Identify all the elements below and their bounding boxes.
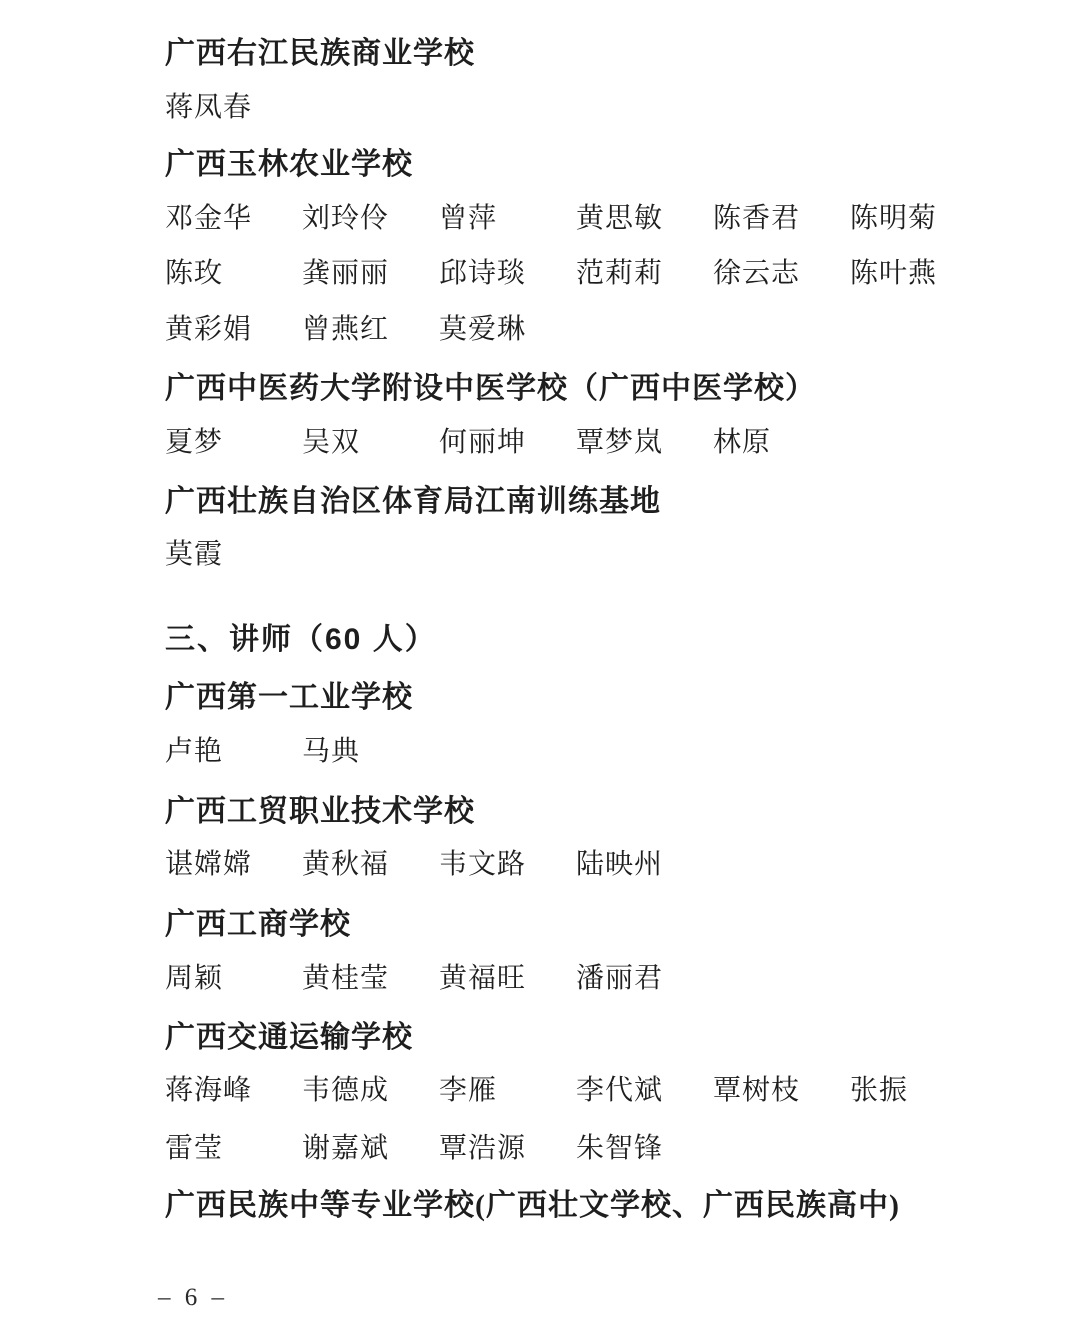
names-row: 夏梦 吴双 何丽坤 覃梦岚 林原 [165,420,843,460]
person-name: 马典 [302,729,432,769]
person-name: 曾萍 [439,196,569,236]
person-name: 曾燕红 [302,307,432,347]
person-name: 韦文路 [439,842,569,882]
person-name: 蒋海峰 [165,1068,295,1108]
person-name: 徐云志 [713,251,843,291]
school-heading: 广西右江民族商业学校 [165,28,475,72]
person-name: 夏梦 [165,420,295,460]
person-name: 黄秋福 [302,842,432,882]
person-name: 陆映州 [576,842,706,882]
person-name: 范莉莉 [576,251,706,291]
school-heading: 广西中医药大学附设中医学校（广西中医学校） [165,363,816,407]
person-name: 蒋凤春 [165,85,295,125]
person-name: 朱智锋 [576,1126,706,1166]
person-name: 李代斌 [576,1068,706,1108]
person-name: 黄思敏 [576,196,706,236]
document-page: 广西右江民族商业学校 蒋凤春 广西玉林农业学校 邓金华 刘玲伶 曾萍 黄思敏 陈… [0,0,1080,1334]
section-heading: 三、讲师（60 人） [165,614,437,658]
names-row: 邓金华 刘玲伶 曾萍 黄思敏 陈香君 陈明菊 [165,196,980,236]
person-name: 谌嫦嫦 [165,842,295,882]
person-name: 潘丽君 [576,956,706,996]
person-name: 莫霞 [165,532,295,572]
person-name: 吴双 [302,420,432,460]
names-row: 黄彩娟 曾燕红 莫爱琳 [165,307,569,347]
names-row: 蒋凤春 [165,85,295,125]
names-row: 陈玫 龚丽丽 邱诗琰 范莉莉 徐云志 陈叶燕 [165,251,980,291]
person-name: 陈叶燕 [850,251,980,291]
school-heading: 广西第一工业学校 [165,672,413,716]
person-name: 林原 [713,420,843,460]
school-heading: 广西民族中等专业学校(广西壮文学校、广西民族高中) [165,1180,900,1224]
person-name: 卢艳 [165,729,295,769]
person-name: 李雁 [439,1068,569,1108]
person-name: 覃梦岚 [576,420,706,460]
person-name: 张振 [850,1068,980,1108]
person-name: 陈玫 [165,251,295,291]
person-name: 陈明菊 [850,196,980,236]
person-name: 莫爱琳 [439,307,569,347]
school-heading: 广西壮族自治区体育局江南训练基地 [165,476,661,520]
person-name: 黄彩娟 [165,307,295,347]
names-row: 卢艳 马典 [165,729,432,769]
school-heading: 广西玉林农业学校 [165,139,413,183]
page-number: – 6 – [158,1284,228,1312]
names-row: 周颖 黄桂莹 黄福旺 潘丽君 [165,956,706,996]
person-name: 谢嘉斌 [302,1126,432,1166]
person-name: 陈香君 [713,196,843,236]
person-name: 黄桂莹 [302,956,432,996]
person-name: 龚丽丽 [302,251,432,291]
person-name: 邱诗琰 [439,251,569,291]
person-name: 何丽坤 [439,420,569,460]
school-heading: 广西工贸职业技术学校 [165,786,475,830]
names-row: 蒋海峰 韦德成 李雁 李代斌 覃树枝 张振 [165,1068,980,1108]
person-name: 覃浩源 [439,1126,569,1166]
person-name: 韦德成 [302,1068,432,1108]
person-name: 雷莹 [165,1126,295,1166]
person-name: 黄福旺 [439,956,569,996]
person-name: 覃树枝 [713,1068,843,1108]
person-name: 刘玲伶 [302,196,432,236]
names-row: 莫霞 [165,532,295,572]
person-name: 周颖 [165,956,295,996]
names-row: 谌嫦嫦 黄秋福 韦文路 陆映州 [165,842,706,882]
person-name: 邓金华 [165,196,295,236]
school-heading: 广西交通运输学校 [165,1012,413,1056]
names-row: 雷莹 谢嘉斌 覃浩源 朱智锋 [165,1126,706,1166]
school-heading: 广西工商学校 [165,899,351,943]
